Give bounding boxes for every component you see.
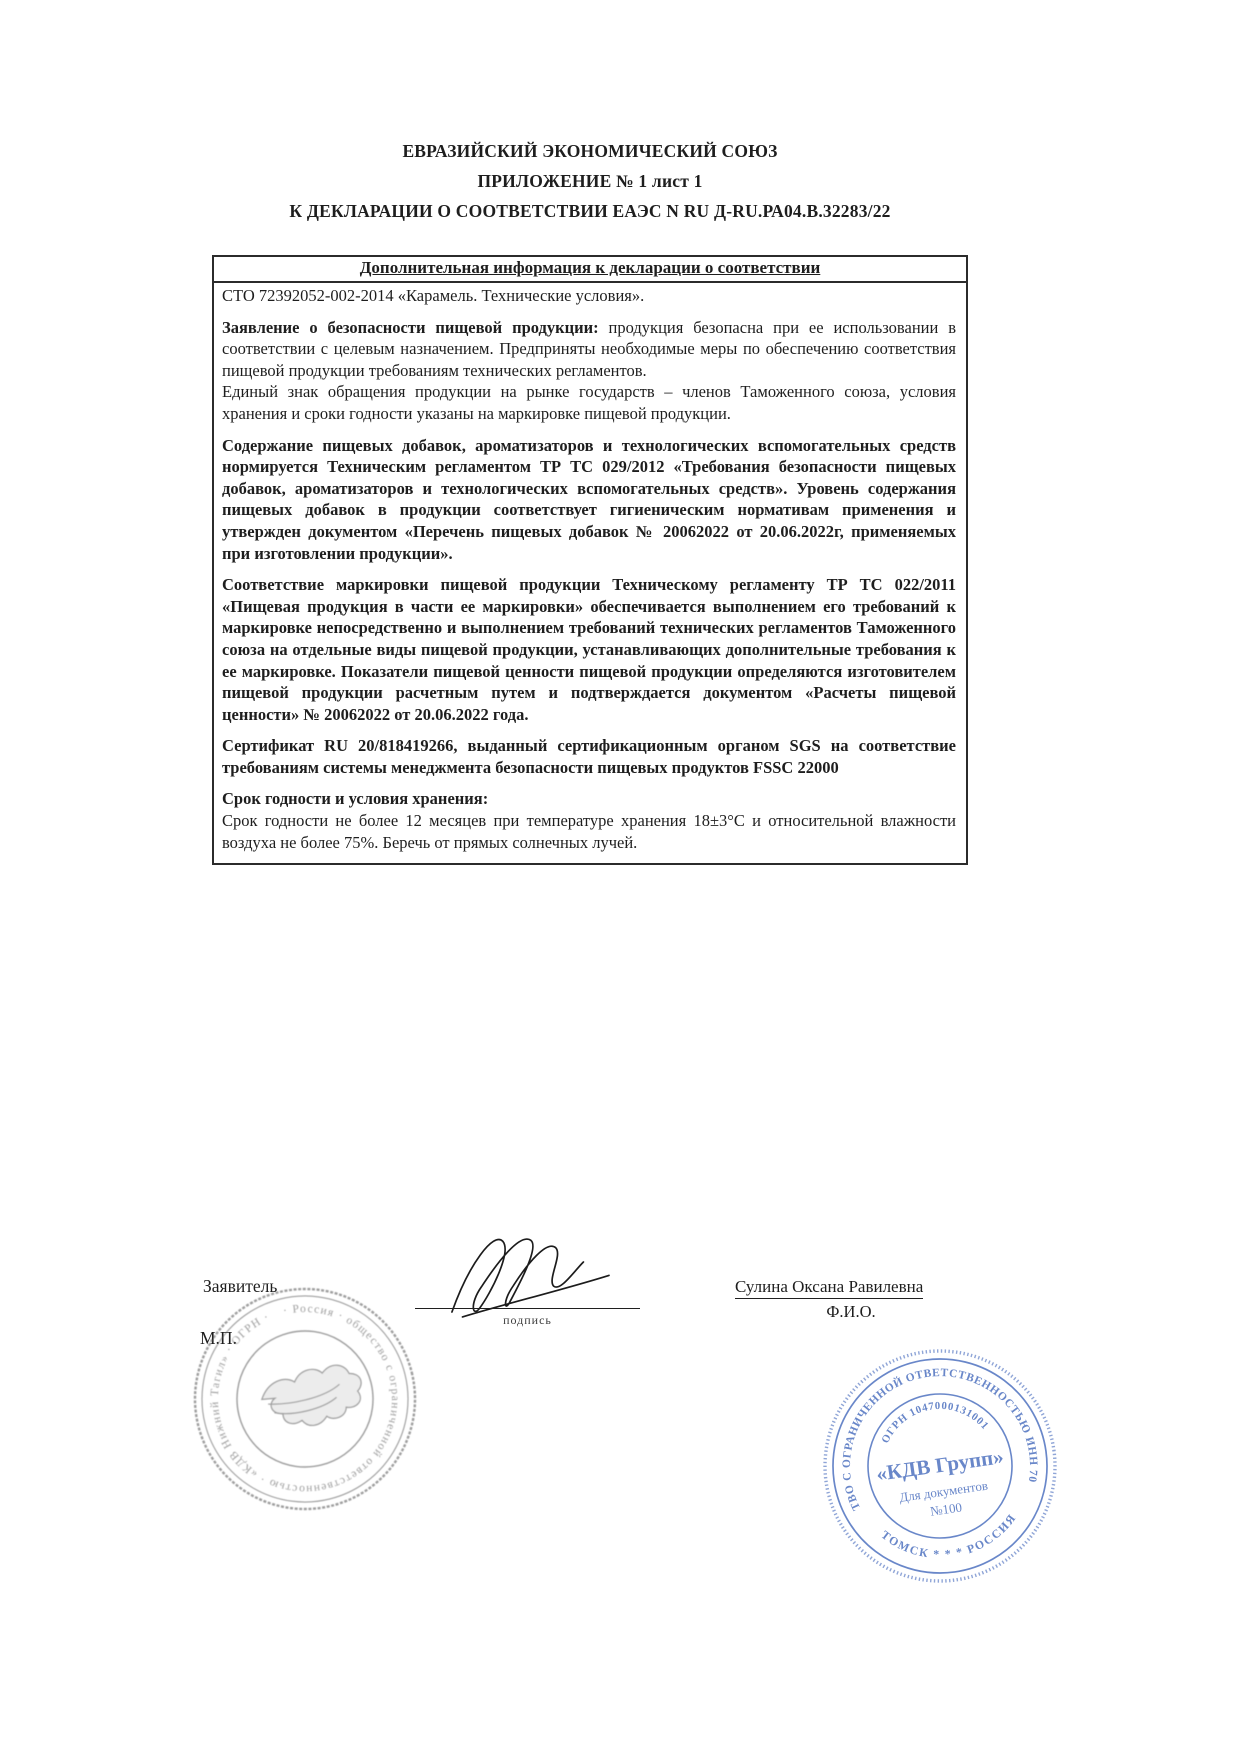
faded-round-stamp: · Россия · общество с ограниченной ответ… (168, 1283, 443, 1518)
paragraph-shelf-life: Срок годности и условия хранения:Срок го… (222, 788, 956, 853)
paragraph-safety-statement: Заявление о безопасности пищевой продукц… (222, 317, 956, 382)
paragraph-text: Срок годности не более 12 месяцев при те… (222, 811, 956, 852)
header-declaration-number: К ДЕКЛАРАЦИИ О СООТВЕТСТВИИ ЕАЭС N RU Д-… (212, 196, 968, 226)
table-body: СТО 72392052-002-2014 «Карамель. Техниче… (214, 283, 966, 863)
table-title-row: Дополнительная информация к декларации о… (214, 257, 966, 283)
paragraph-bold: Заявление о безопасности пищевой продукц… (222, 318, 599, 337)
paragraph-text: Единый знак обращения продукции на рынке… (222, 382, 956, 423)
paragraph-labelling: Соответствие маркировки пищевой продукци… (222, 574, 956, 725)
additional-info-table: Дополнительная информация к декларации о… (212, 255, 968, 865)
blue-stamp-for-documents: Для документов (898, 1478, 988, 1505)
paragraph-bold: Содержание пищевых добавок, ароматизатор… (222, 436, 956, 563)
header-annex-line: ПРИЛОЖЕНИЕ № 1 лист 1 (212, 166, 968, 196)
svg-text:ОГРН 1047000131001: ОГРН 1047000131001 (875, 1393, 992, 1447)
signature-line (415, 1308, 640, 1309)
paragraph-additives: Содержание пищевых добавок, ароматизатор… (222, 435, 956, 565)
table-title: Дополнительная информация к декларации о… (360, 258, 821, 277)
paragraph-bold: Сертификат RU 20/818419266, выданный сер… (222, 736, 956, 777)
paragraph-sto: СТО 72392052-002-2014 «Карамель. Техниче… (222, 285, 956, 307)
paragraph-bold: Соответствие маркировки пищевой продукци… (222, 575, 956, 724)
paragraph-bold: Срок годности и условия хранения: (222, 788, 956, 810)
header-union-title: ЕВРАЗИЙСКИЙ ЭКОНОМИЧЕСКИЙ СОЮЗ (212, 136, 968, 166)
eagle-emblem (258, 1358, 369, 1436)
blue-stamp-number: №100 (929, 1499, 963, 1518)
paragraph-text: СТО 72392052-002-2014 «Карамель. Техниче… (222, 286, 644, 305)
paragraph-eac-mark: Единый знак обращения продукции на рынке… (222, 381, 956, 424)
applicant-name: Сулина Оксана Равилевна (735, 1277, 923, 1299)
company-round-stamp: ОБЩЕСТВО С ОГРАНИЧЕННОЙ ОТВЕТСТВЕННОСТЬЮ… (812, 1338, 1068, 1594)
signature-caption: подпись (415, 1313, 640, 1328)
blue-stamp-ogrn-text: ОГРН 1047000131001 (875, 1393, 992, 1447)
fio-caption: Ф.И.О. (735, 1302, 967, 1322)
handwritten-signature (434, 1211, 658, 1328)
document-header: ЕВРАЗИЙСКИЙ ЭКОНОМИЧЕСКИЙ СОЮЗ ПРИЛОЖЕНИ… (212, 136, 968, 226)
paragraph-certificate: Сертификат RU 20/818419266, выданный сер… (222, 735, 956, 778)
scanned-document-page: ЕВРАЗИЙСКИЙ ЭКОНОМИЧЕСКИЙ СОЮЗ ПРИЛОЖЕНИ… (0, 0, 1240, 1754)
